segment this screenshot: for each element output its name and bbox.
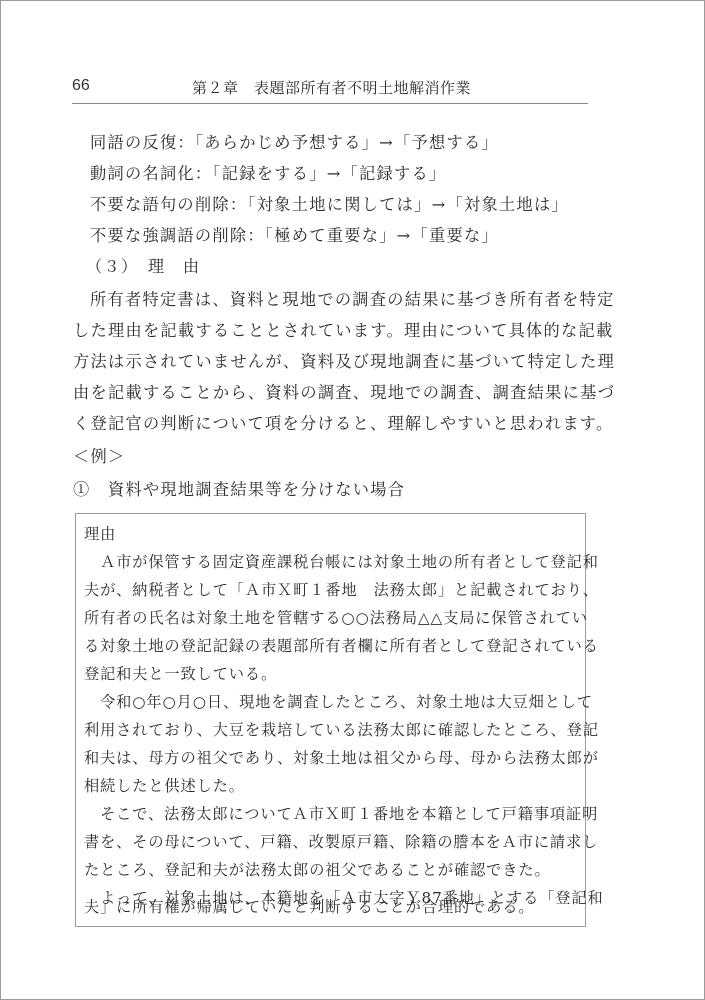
- paragraph-line: 所有者特定書は、資料と現地での調査の結果に基づき所有者を特定: [90, 286, 615, 310]
- box-line: 夫が、納税者として「Ａ市Ｘ町１番地 法務太郎」と記載されており、: [84, 579, 599, 600]
- example-item: 同語の反復：「あらかじめ予想する」→「予想する」: [90, 129, 499, 153]
- box-line: そこで、法務太郎についてＡ市Ｘ町１番地を本籍として戸籍事項証明: [84, 803, 598, 824]
- example-label: ＜例＞: [73, 443, 125, 467]
- paragraph-line: 方法は示されていませんが、資料及び現地調査に基づいて特定した理: [73, 348, 615, 372]
- chapter-title: 第２章 表題部所有者不明土地解消作業: [192, 77, 471, 98]
- box-line: たところ、登記和夫が法務太郎の祖父であることが確認できた。: [84, 859, 551, 880]
- box-line: 相続したと供述した。: [84, 775, 245, 796]
- box-line: 書を、その母について、戸籍、改製原戸籍、除籍の謄本をＡ市に請求し: [84, 831, 598, 852]
- box-line: 令和○年○月○日、現地を調査したところ、対象土地は大豆畑として: [84, 691, 593, 712]
- example-box: 理由 Ａ市が保管する固定資産課税台帳には対象土地の所有者として登記和 夫が、納税…: [75, 513, 586, 927]
- box-line: 利用されており、大豆を栽培している法務太郎に確認したところ、登記: [84, 719, 599, 740]
- example-item: 不要な語句の削除：「対象土地に関しては」→「対象土地は」: [90, 191, 569, 215]
- box-line: 和夫は、母方の祖父であり、対象土地は祖父から母、母から法務太郎が: [84, 747, 599, 768]
- paragraph-line: 由を記載することから、資料の調査、現地での調査、調査結果に基づ: [73, 379, 615, 403]
- box-line: Ａ市が保管する固定資産課税台帳には対象土地の所有者として登記和: [84, 551, 599, 572]
- case-label: ① 資料や現地調査結果等を分けない場合: [73, 476, 405, 500]
- box-line: 夫」に所有権が帰属していたと判断することが合理的である。: [84, 896, 534, 917]
- page-number: 66: [72, 77, 90, 95]
- box-line: る対象土地の登記記録の表題部所有者欄に所有者として登記されている: [84, 635, 599, 656]
- box-line: 所有者の氏名は対象土地を管轄する○○法務局△△支局に保管されてい: [84, 607, 588, 628]
- example-item: 動詞の名詞化：「記録をする」→「記録する」: [90, 160, 447, 184]
- example-item: 不要な強調語の削除：「極めて重要な」→「重要な」: [90, 222, 499, 246]
- paragraph-line: した理由を記載することとされています。理由について具体的な記載: [73, 317, 614, 341]
- box-title: 理由: [84, 523, 116, 544]
- book-page: 66 第２章 表題部所有者不明土地解消作業 同語の反復：「あらかじめ予想する」→…: [0, 0, 705, 1000]
- paragraph-line: く登記官の判断について項を分けると、理解しやすいと思われます。: [73, 410, 614, 434]
- box-line: 登記和夫と一致している。: [84, 663, 277, 684]
- section-heading: （３） 理 由: [86, 253, 200, 277]
- running-header: 66 第２章 表題部所有者不明土地解消作業: [72, 71, 588, 104]
